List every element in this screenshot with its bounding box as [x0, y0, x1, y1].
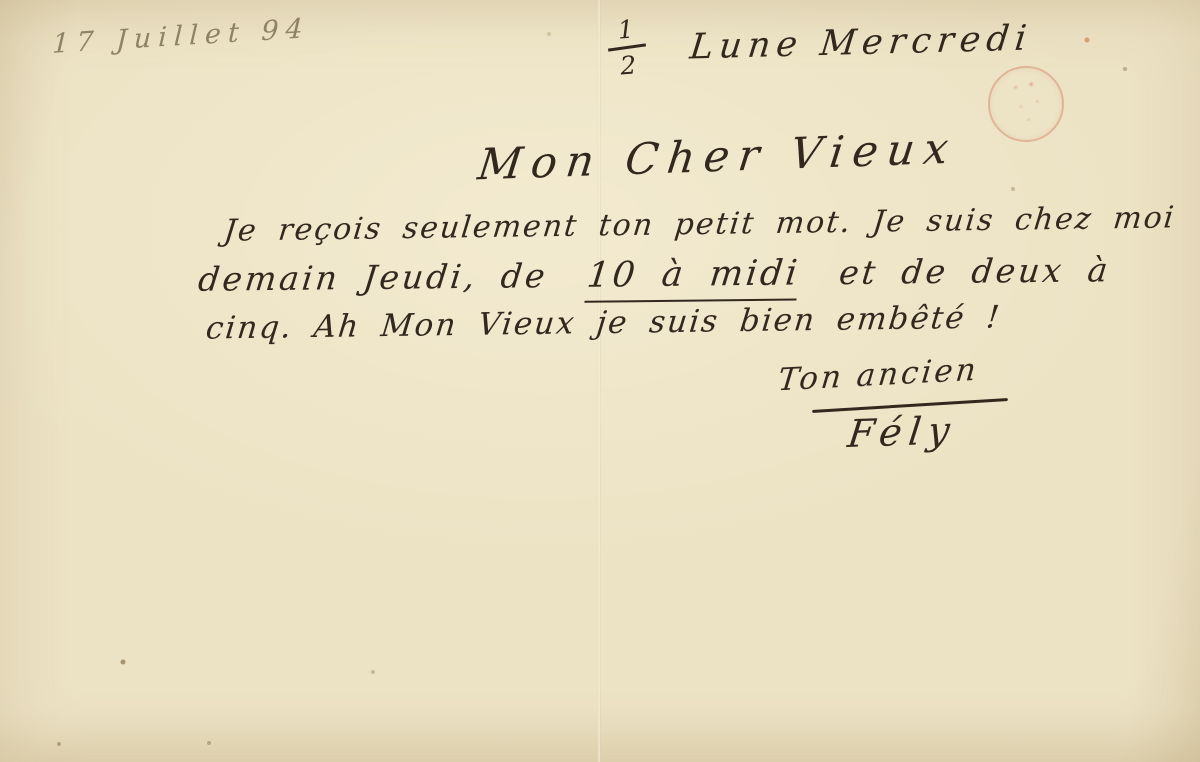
salutation: Mon Cher Vieux [475, 126, 960, 190]
body-line-2-after: et de deux à [837, 252, 1112, 291]
header-date-line: Lune Mercredi [688, 19, 1034, 67]
pencil-date-annotation: 17 Juillet 94 [52, 14, 311, 60]
fold-crease [597, 0, 601, 762]
fraction-denominator: 2 [606, 48, 650, 80]
signature: Fély [845, 410, 958, 456]
fraction-one-half: 1 2 [604, 15, 650, 81]
body-line-1: Je reçois seulement ton petit mot. Je su… [222, 201, 1177, 247]
body-line-2: demain Jeudi, de 10 à midi et de deux à [195, 251, 1112, 306]
red-collection-stamp-icon [988, 66, 1064, 142]
foxing-specks [0, 0, 2, 2]
underlined-time-range: 10 à midi [584, 254, 802, 302]
closing-line: Ton ancien [776, 353, 980, 398]
body-line-3: cinq. Ah Mon Vieux je suis bien embêté ! [204, 300, 1003, 345]
letter-paper: 17 Juillet 94 1 2 Lune Mercredi Mon Cher… [0, 0, 1200, 762]
stamp-faded-marks [1000, 78, 1052, 130]
body-line-2-before: demain Jeudi, de [196, 258, 549, 298]
fraction-numerator: 1 [604, 15, 648, 46]
